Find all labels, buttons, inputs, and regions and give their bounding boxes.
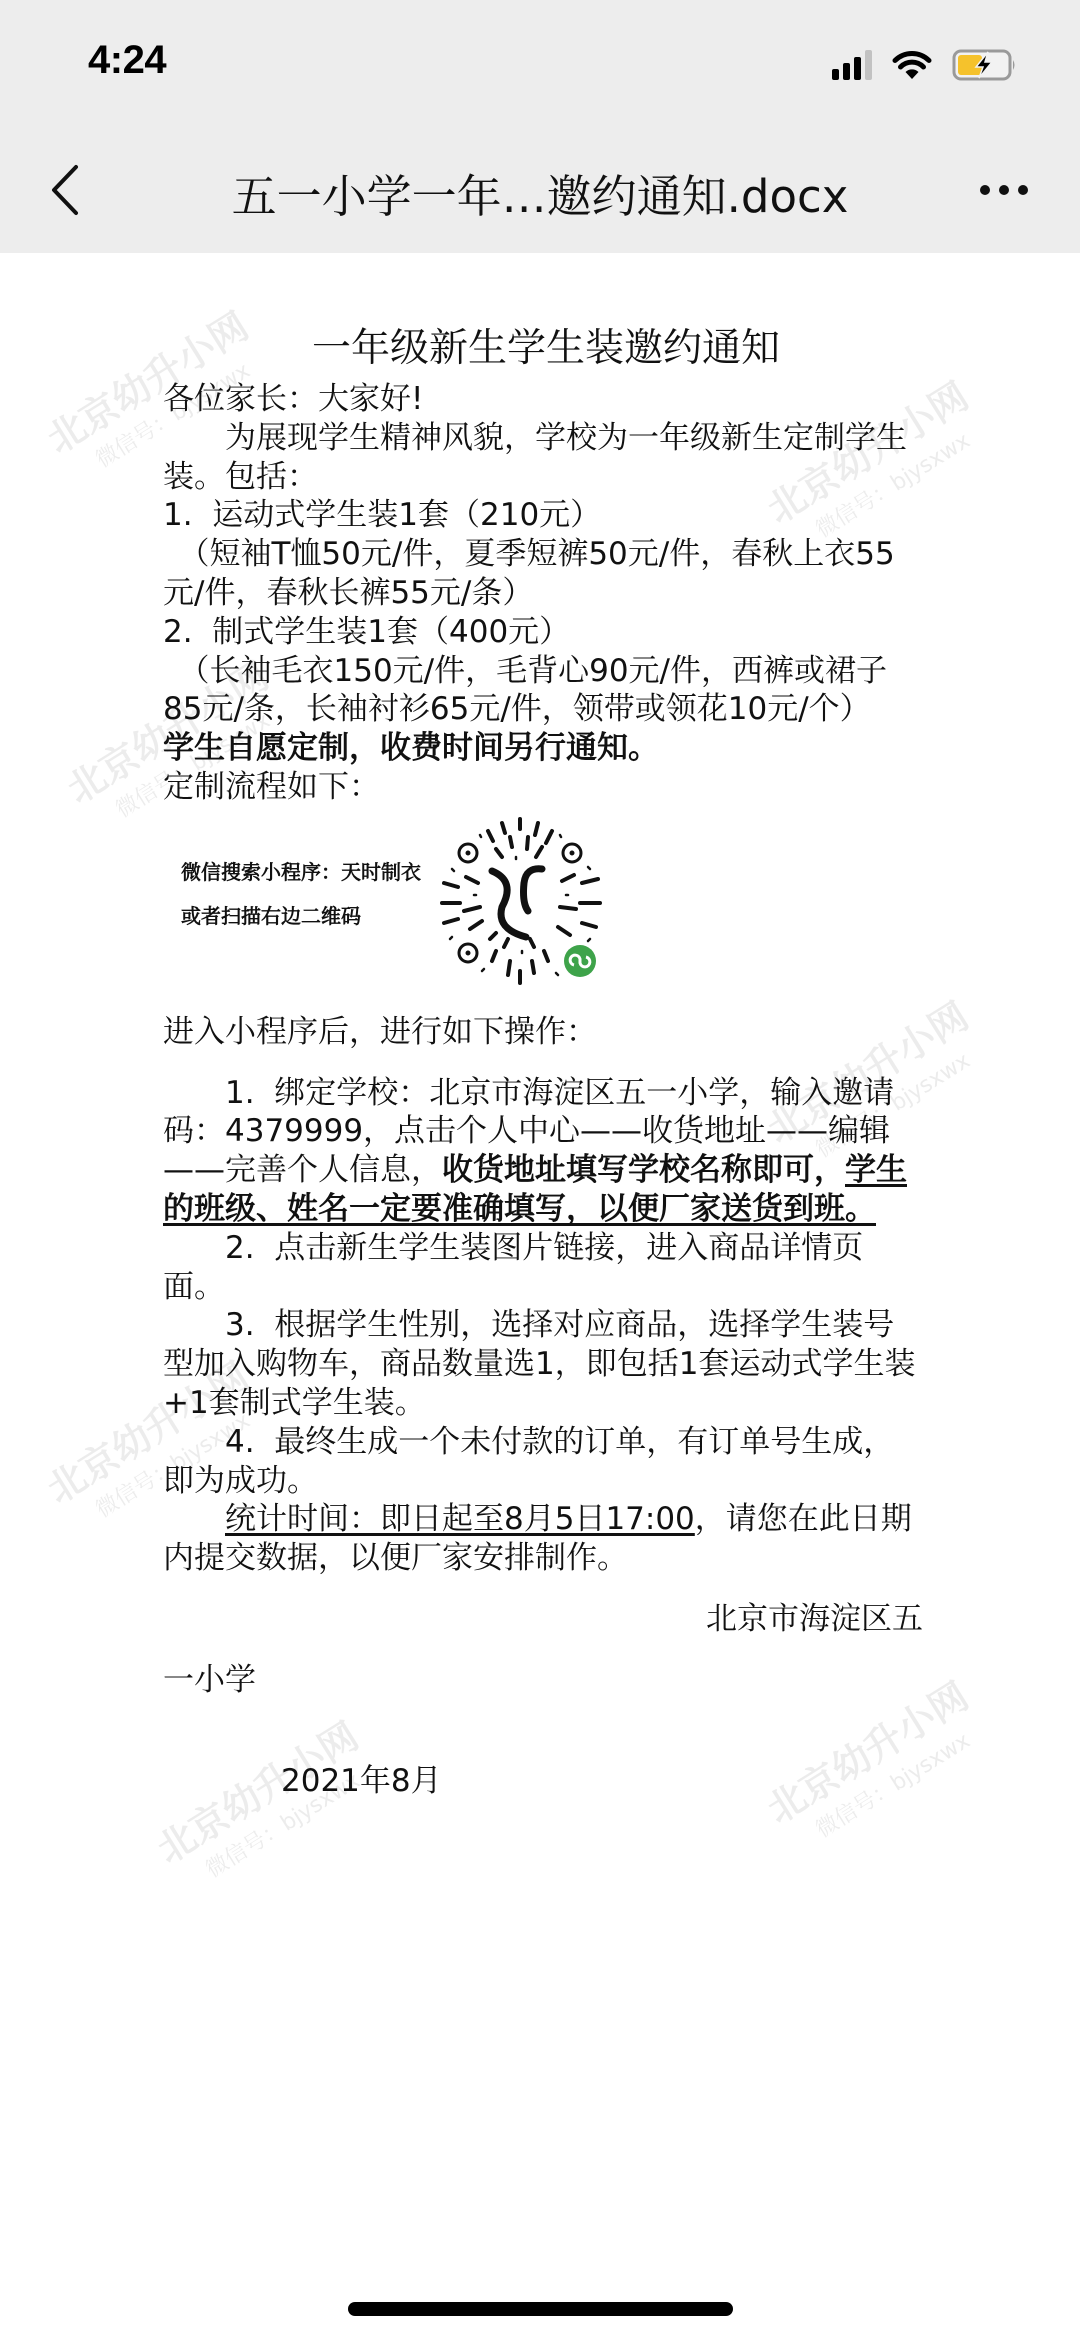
top-bar: 4:24 五一小学一年…邀约通知.do <box>0 0 1080 253</box>
signal-icon <box>832 50 872 80</box>
item2-heading: 2. 制式学生装1套（400元） <box>163 613 923 652</box>
back-button[interactable] <box>40 158 90 222</box>
after-enter-label: 进入小程序后，进行如下操作： <box>163 1013 923 1052</box>
signature-line-2: 一小学 <box>163 1661 923 1700</box>
step-2: 2. 点击新生学生装图片链接，进入商品详情页面。 <box>163 1229 923 1307</box>
greeting: 各位家长：大家好! <box>163 380 923 419</box>
item2-detail: （长袖毛衣150元/件，毛背心90元/件，西裤或裙子85元/条，长袖衬衫65元/… <box>163 652 923 730</box>
more-horizontal-icon <box>980 185 990 195</box>
qr-caption-search: 微信搜索小程序：天时制衣 <box>181 859 421 885</box>
document-date: 2021年8月 <box>163 1762 923 1801</box>
qr-caption-scan: 或者扫描右边二维码 <box>181 903 361 929</box>
intro-paragraph: 为展现学生精神风貌，学校为一年级新生定制学生装。包括： <box>163 419 923 497</box>
chevron-left-icon <box>50 164 80 216</box>
step-3: 3. 根据学生性别，选择对应商品，选择学生装号型加入购物车，商品数量选1，即包括… <box>163 1306 923 1422</box>
signature-line-1: 北京市海淀区五 <box>163 1600 923 1639</box>
step-1: 1. 绑定学校：北京市海淀区五一小学，输入邀请码：4379999，点击个人中心—… <box>163 1074 923 1229</box>
qr-image: 微信搜索小程序：天时制衣 或者扫描右边二维码 <box>163 811 923 1011</box>
voluntary-note: 学生自愿定制，收费时间另行通知。 <box>163 729 923 768</box>
item1-detail: （短袖T恤50元/件，夏季短裤50元/件，春秋上衣55元/件，春秋长裤55元/条… <box>163 535 923 613</box>
item1-heading: 1. 运动式学生装1套（210元） <box>163 496 923 535</box>
step-4: 4. 最终生成一个未付款的订单，有订单号生成，即为成功。 <box>163 1423 923 1501</box>
battery-charging-icon <box>952 49 1018 81</box>
status-time: 4:24 <box>88 38 166 83</box>
wifi-icon <box>892 50 932 80</box>
deadline-underlined: 统计时间：即日起至8月5日17:00 <box>225 1501 695 1537</box>
deadline-paragraph: 统计时间：即日起至8月5日17:00，请您在此日期内提交数据，以便厂家安排制作。 <box>163 1500 923 1578</box>
more-options-button[interactable] <box>968 168 1040 212</box>
document-filename-title: 五一小学一年…邀约通知.docx <box>180 160 900 225</box>
document-title: 一年级新生学生装邀约通知 <box>163 320 923 378</box>
document-body: 一年级新生学生装邀约通知 各位家长：大家好! 为展现学生精神风貌，学校为一年级新… <box>163 320 923 1800</box>
status-icons <box>832 48 1018 82</box>
mini-program-qr-code[interactable] <box>430 811 610 991</box>
home-indicator[interactable] <box>348 2302 733 2316</box>
process-label: 定制流程如下： <box>163 768 923 807</box>
